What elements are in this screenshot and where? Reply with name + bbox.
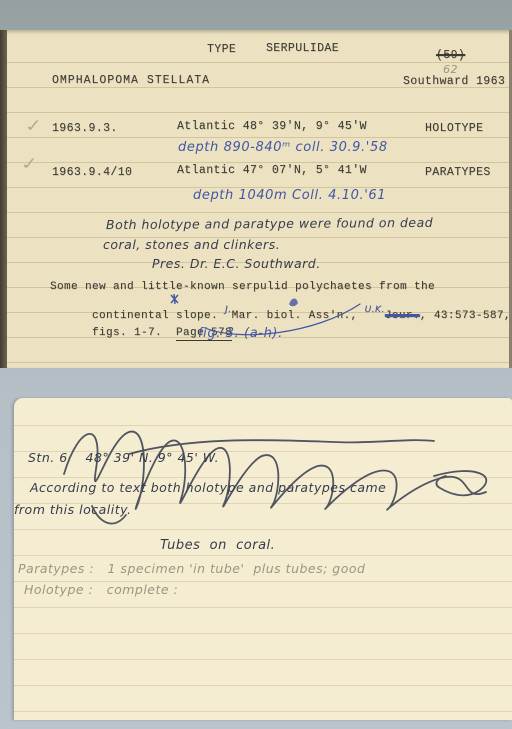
holotype-condition-note: Holotype : complete : [24,582,178,597]
remark-line: coral, stones and clinkers. [103,237,280,252]
old-catalog-number: (59) [436,49,465,62]
struck-station-note: Stn. 6 48° 39' N. 9° 45' W. [28,450,219,465]
paratypes-condition-note: Paratypes : 1 specimen 'in tube' plus tu… [18,561,365,576]
author-year: Southward 1963 [403,75,505,88]
type-status: HOLOTYPE [425,122,483,135]
remark-line: Both holotype and paratype were found on… [106,215,433,232]
check-mark-icon: ✓ [19,153,41,174]
citation-line: Some new and little-known serpulid polyc… [50,281,435,293]
struck-station-note: According to text both holotype and para… [30,480,386,495]
locality-coordinates: Atlantic 48° 39'N, 9° 45'W [177,120,367,133]
registration-number: 1963.9.4/10 [52,166,132,179]
struck-word: Jour. [385,310,420,322]
tubes-on-coral-note: Tubes on coral. [160,538,275,553]
citation-text: figs. 1-7. [92,327,176,339]
index-card-back: Stn. 6 48° 39' N. 9° 45' W. According to… [14,398,512,720]
presented-by-note: Pres. Dr. E.C. Southward. [152,256,321,271]
registration-number: 1963.9.3. [52,122,118,135]
locality-coordinates: Atlantic 47° 07'N, 5° 41'W [177,164,367,177]
citation-text: , 43:573-587, [420,310,511,322]
inserted-journal-initial: J. [225,305,232,315]
figure-reference-note: fig. 3. (a-h). [198,326,283,341]
species-name: OMPHALOPOMA STELLATA [52,74,210,87]
type-status: PARATYPES [425,166,491,179]
check-mark-icon: ✓ [23,115,45,136]
citation-text: Mar. biol. Ass'n., [232,310,365,322]
family-name: SERPULIDAE [266,42,339,55]
struck-station-note: from this locality. [14,502,132,517]
depth-collection-note: depth 890-840ᵐ coll. 30.9.'58 [178,140,388,155]
catalog-card-scan: TYPE SERPULIDAE (59) 62 OMPHALOPOMA STEL… [0,0,512,729]
inserted-uk-abbrev: U.K. [365,305,385,315]
index-card-front: TYPE SERPULIDAE (59) 62 OMPHALOPOMA STEL… [0,30,512,368]
depth-collection-note: depth 1040m Coll. 4.10.'61 [193,188,386,203]
card-edge-shadow [0,30,7,368]
type-label: TYPE [207,43,236,56]
